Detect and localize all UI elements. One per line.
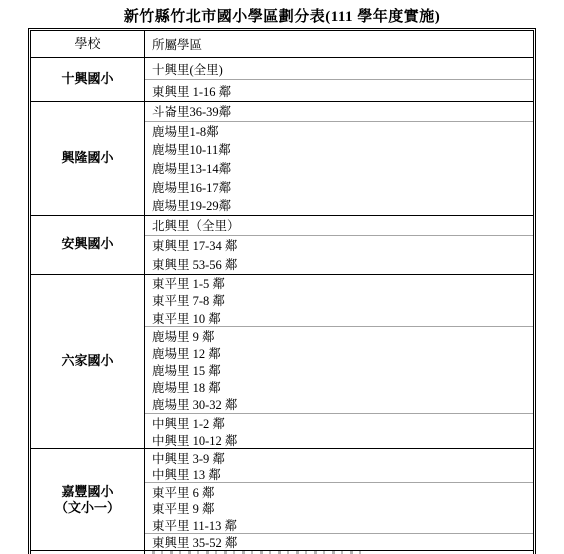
district-group: 鹿場里1-8鄰鹿場里10-11鄰鹿場里13-14鄰鹿場里16-17鄰鹿場里19-… xyxy=(145,121,533,215)
district-line: 鹿場里13-14鄰 xyxy=(145,159,533,178)
school-name-line: 六家國小 xyxy=(61,353,113,369)
header-cell-district: 所屬學區 xyxy=(145,31,533,57)
district-group: 東平里 6 鄰東平里 9 鄰東平里 11-13 鄰 xyxy=(145,482,533,533)
district-line: 東平里 10 鄰 xyxy=(145,309,533,326)
district-groups: 東平里 1-5 鄰東平里 7-8 鄰東平里 10 鄰鹿場里 9 鄰鹿場里 12 … xyxy=(145,275,533,449)
district-line: 鹿場里16-17鄰 xyxy=(145,177,533,196)
district-line: 東興里 53-56 鄰 xyxy=(145,255,533,274)
district-line: 鹿場里 30-32 鄰 xyxy=(145,396,533,413)
district-line: 東興里 17-34 鄰 xyxy=(145,236,533,255)
district-line: 鹿場里10-11鄰 xyxy=(145,140,533,159)
district-line: 東興里 35-52 鄰 xyxy=(145,534,533,551)
school-name: 嘉豐國小（文小一） xyxy=(31,449,145,550)
district-line: 中興里 10-12 鄰 xyxy=(145,431,533,448)
district-line: 東興里 1-16 鄰 xyxy=(145,80,533,101)
district-line: 十興里(全里) xyxy=(145,58,533,79)
district-group: 東平里 1-5 鄰東平里 7-8 鄰東平里 10 鄰 xyxy=(145,275,533,327)
school-name-line: 興隆國小 xyxy=(61,150,113,166)
school-section: 十興國小十興里(全里)東興里 1-16 鄰 xyxy=(31,57,533,101)
district-line: 東平里 7-8 鄰 xyxy=(145,292,533,309)
district-group: 東興里 35-52 鄰 xyxy=(145,533,533,551)
district-group: 東興里 1-16 鄰 xyxy=(145,79,533,101)
school-name-line: 十興國小 xyxy=(61,71,113,87)
district-group: 東興里 17-34 鄰東興里 53-56 鄰 xyxy=(145,235,533,274)
district-groups: 十興里(全里)東興里 1-16 鄰 xyxy=(145,58,533,101)
document-title: 新竹縣竹北市國小學區劃分表(111 學年度實施) xyxy=(0,5,564,26)
district-groups: 中興里 3-9 鄰中興里 13 鄰東平里 6 鄰東平里 9 鄰東平里 11-13… xyxy=(145,449,533,550)
school-name: 安興國小 xyxy=(31,216,145,274)
school-section: 安興國小北興里（全里）東興里 17-34 鄰東興里 53-56 鄰 xyxy=(31,215,533,274)
district-line: 北興里（全里） xyxy=(145,216,533,235)
district-line: 鹿場里19-29鄰 xyxy=(145,196,533,215)
district-line: 鹿場里 9 鄰 xyxy=(145,327,533,344)
district-line: 東平里 9 鄰 xyxy=(145,500,533,517)
district-line: 鹿場里 18 鄰 xyxy=(145,379,533,396)
district-line: 東平里 11-13 鄰 xyxy=(145,516,533,533)
school-section: 嘉豐國小（文小一）中興里 3-9 鄰中興里 13 鄰東平里 6 鄰東平里 9 鄰… xyxy=(31,448,533,550)
school-section: 興隆國小斗崙里36-39鄰鹿場里1-8鄰鹿場里10-11鄰鹿場里13-14鄰鹿場… xyxy=(31,101,533,215)
school-name: 十興國小 xyxy=(31,58,145,101)
school-name-line: （文小一） xyxy=(55,500,120,516)
header-cell-school: 學校 xyxy=(31,31,145,57)
district-line: 鹿場里 15 鄰 xyxy=(145,362,533,379)
school-name: 六家國小 xyxy=(31,275,145,449)
district-group: 斗崙里36-39鄰 xyxy=(145,102,533,121)
school-name-line: 安興國小 xyxy=(61,236,113,252)
school-district-table: 學校 所屬學區 十興國小十興里(全里)東興里 1-16 鄰興隆國小斗崙里36-3… xyxy=(28,28,536,554)
district-line: 斗崙里36-39鄰 xyxy=(145,102,533,121)
district-line: 東平里 6 鄰 xyxy=(145,483,533,500)
district-line: 東平里 1-5 鄰 xyxy=(145,275,533,292)
district-groups: 北興里（全里）東興里 17-34 鄰東興里 53-56 鄰 xyxy=(145,216,533,274)
district-line: 中興里 3-9 鄰 xyxy=(145,449,533,466)
document-page: 新竹縣竹北市國小學區劃分表(111 學年度實施) 學校 所屬學區 十興國小十興里… xyxy=(0,0,564,554)
district-group: 十興里(全里) xyxy=(145,58,533,79)
school-section: 六家國小東平里 1-5 鄰東平里 7-8 鄰東平里 10 鄰鹿場里 9 鄰鹿場里… xyxy=(31,274,533,449)
district-group: 鹿場里 9 鄰鹿場里 12 鄰鹿場里 15 鄰鹿場里 18 鄰鹿場里 30-32… xyxy=(145,326,533,413)
district-line: 中興里 13 鄰 xyxy=(145,466,533,483)
district-groups: 斗崙里36-39鄰鹿場里1-8鄰鹿場里10-11鄰鹿場里13-14鄰鹿場里16-… xyxy=(145,102,533,215)
school-name: 興隆國小 xyxy=(31,102,145,215)
district-line: 鹿場里1-8鄰 xyxy=(145,122,533,141)
clipped-next-row xyxy=(31,550,533,554)
district-group: 北興里（全里） xyxy=(145,216,533,235)
district-line: 中興里 1-2 鄰 xyxy=(145,414,533,431)
district-group: 中興里 1-2 鄰中興里 10-12 鄰 xyxy=(145,413,533,448)
district-group: 中興里 3-9 鄰中興里 13 鄰 xyxy=(145,449,533,482)
table-header-row: 學校 所屬學區 xyxy=(31,31,533,57)
district-line: 鹿場里 12 鄰 xyxy=(145,344,533,361)
school-name-line: 嘉豐國小 xyxy=(61,484,113,500)
